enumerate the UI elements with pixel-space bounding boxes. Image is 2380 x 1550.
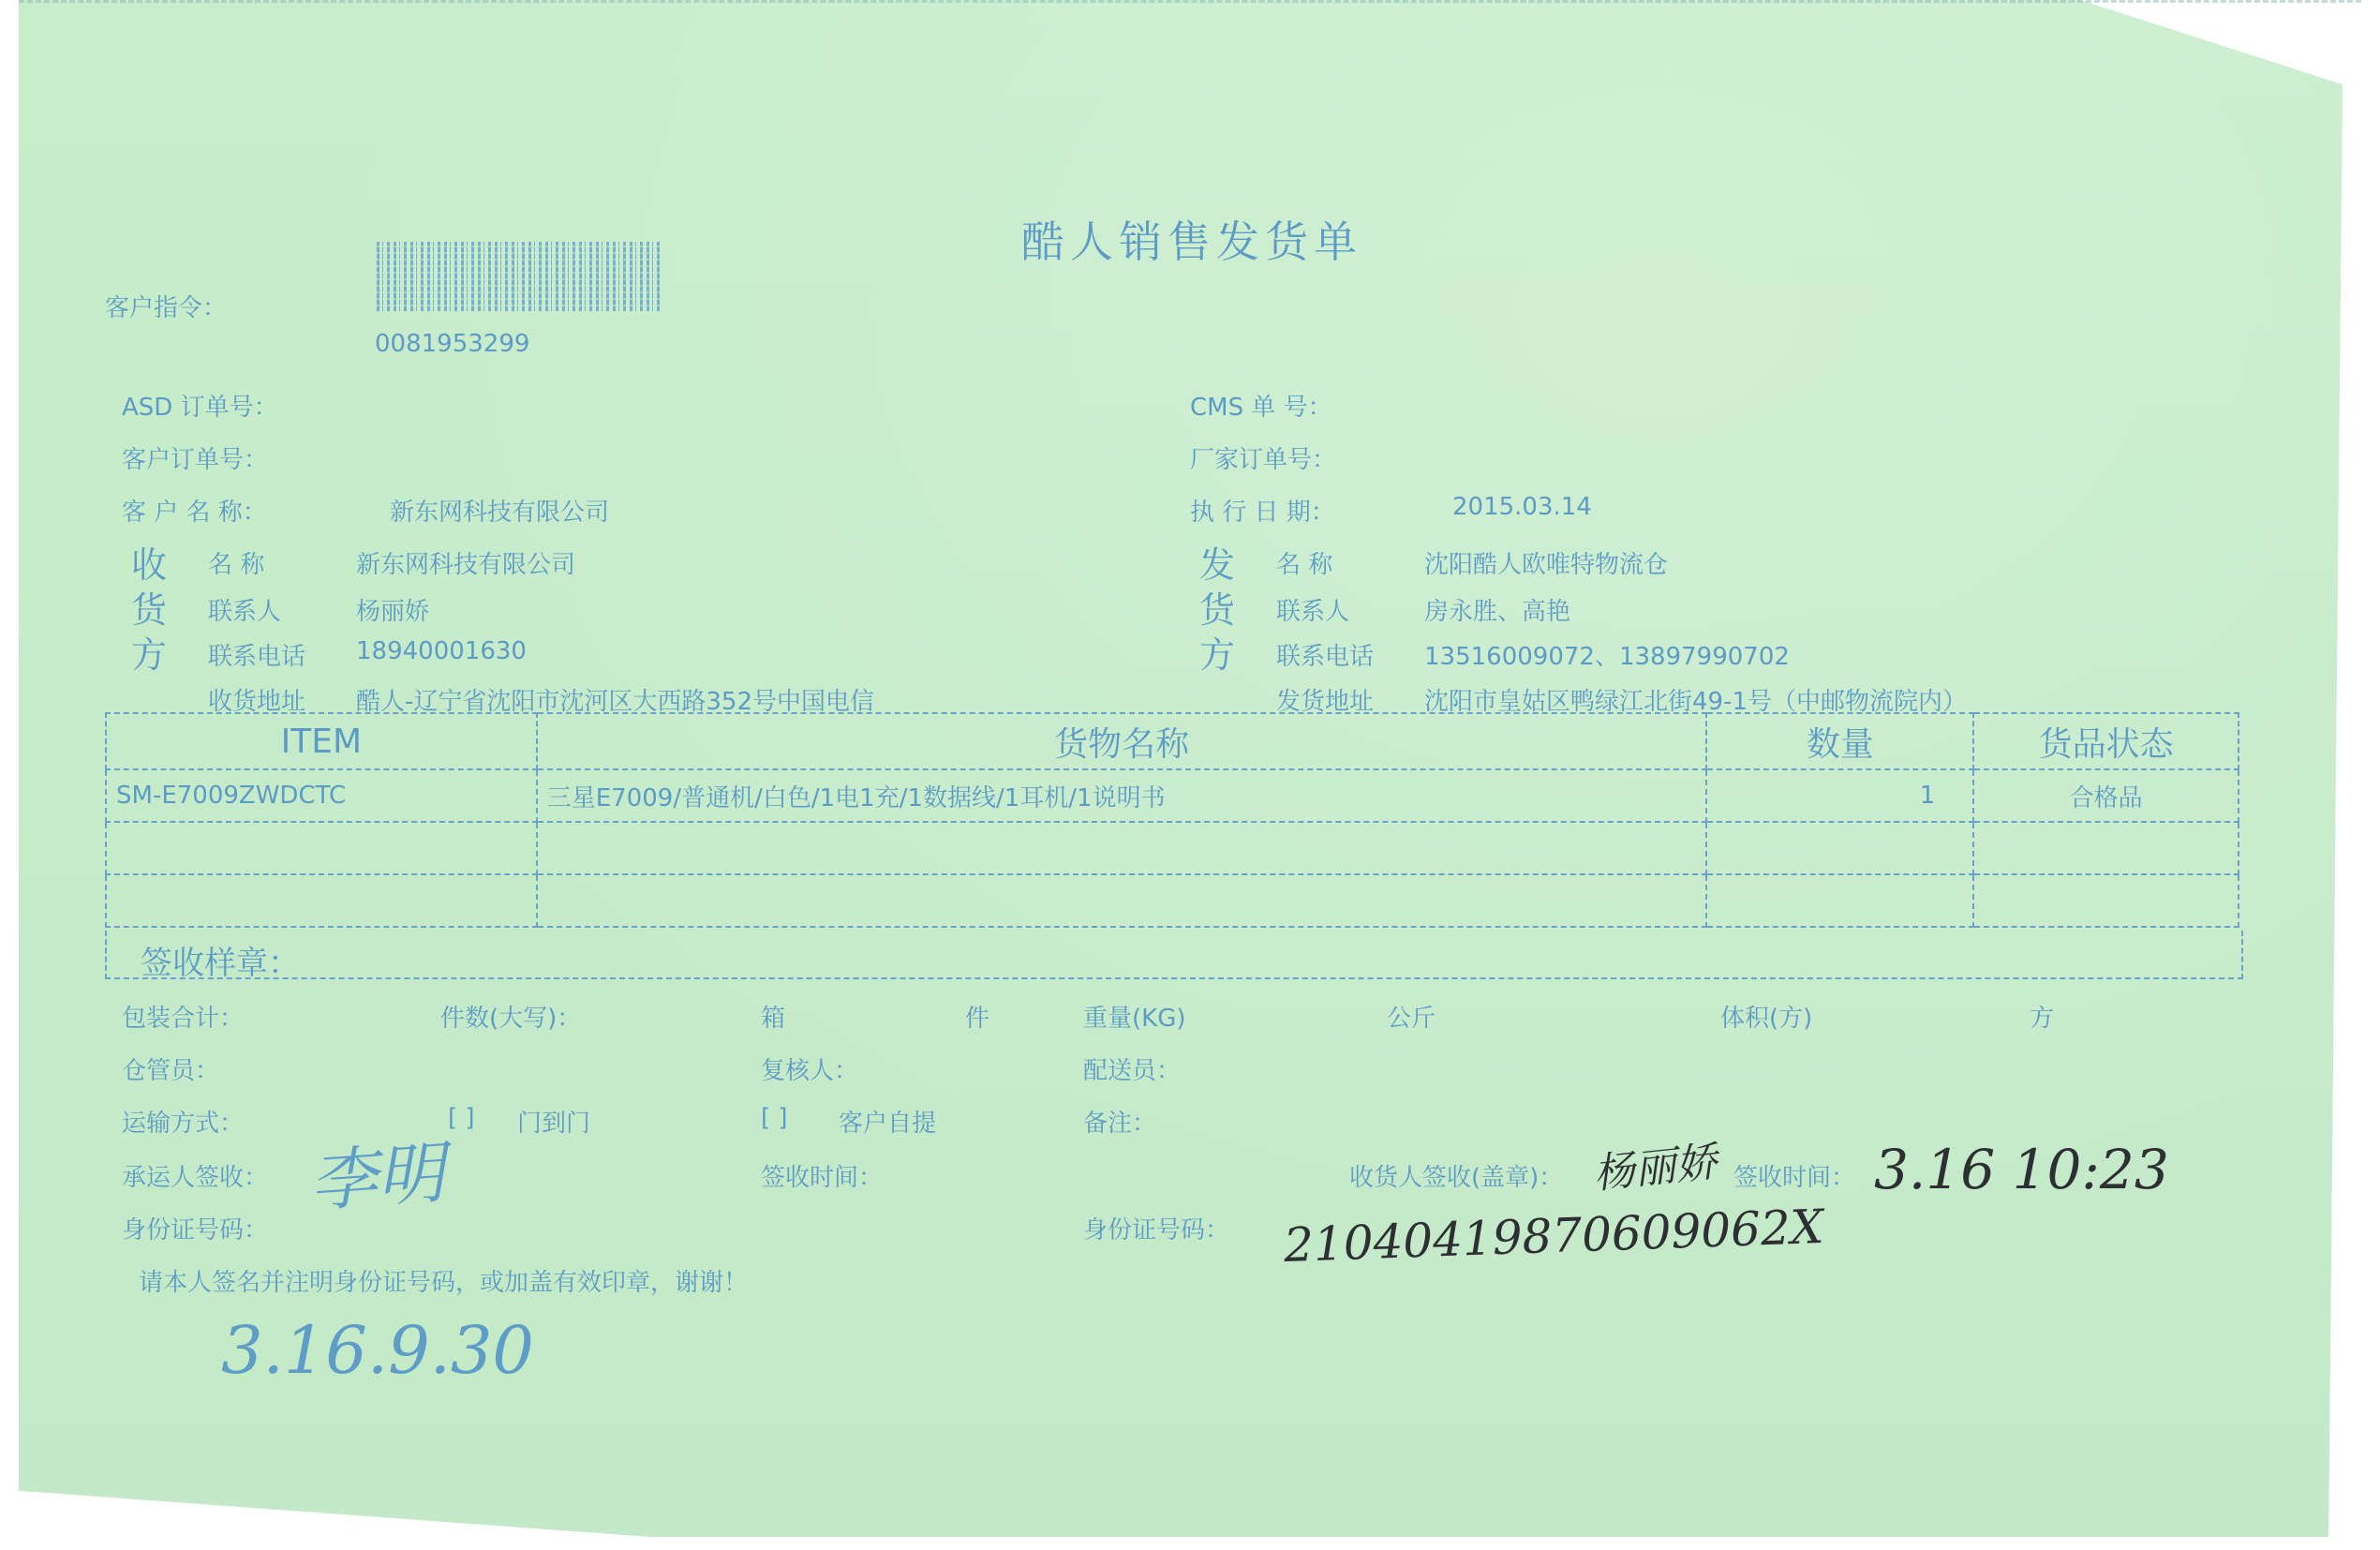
shipper-side-char-3: 方 [1199,626,1235,678]
remarks-label: 备注： [1083,1104,1156,1139]
weight-label: 重量(KG) [1083,999,1186,1034]
warehouse-keeper-label: 仓管员： [122,1051,219,1086]
pieces-capital-label: 件数(大写)： [440,999,581,1034]
box-unit: 箱 [761,999,785,1034]
sign-stamp-row [105,931,2243,979]
sign-time-label: 签收时间： [761,1158,883,1193]
table-row: SM-E7009ZWDCTC 三星E7009/普通机/白色/1电1充/1数据线/… [106,769,2239,822]
shipper-phone: 13516009072、13897990702 [1424,637,1790,672]
header-quantity: 数量 [1706,713,1973,769]
page-title: 酷人销售发货单 [1021,208,1362,270]
table-row [106,874,2239,927]
factory-order-label: 厂家订单号： [1190,440,1336,475]
shipper-side-char-2: 货 [1199,581,1235,633]
shipper-phone-label: 联系电话 [1276,637,1374,672]
id-number-label-right: 身份证号码： [1083,1211,1229,1245]
cell-status: 合格品 [1973,769,2239,822]
receiver-contact: 杨丽娇 [356,592,429,627]
kg-unit: 公斤 [1387,999,1435,1034]
receiver-sign-label: 收货人签收(盖章)： [1349,1158,1563,1193]
self-pickup-label: 客户自提 [839,1104,936,1139]
table-header-row: ITEM 货物名称 数量 货品状态 [106,713,2239,769]
handwritten-blue-note: 3.16.9.30 [221,1312,534,1389]
cell-item-code [106,822,537,874]
cell-goods-name [537,822,1707,874]
sign-stamp-label: 签收样章： [141,937,300,983]
cell-quantity [1706,822,1973,874]
asd-order-label: ASD 订单号： [122,388,278,423]
reviewer-label: 复核人： [761,1051,858,1086]
signature-notice: 请本人签名并注明身份证号码，或加盖有效印章，谢谢！ [139,1263,748,1298]
self-pickup-checkbox[interactable]: [ ] [761,1104,788,1132]
customer-name-label: 客 户 名 称： [122,493,267,528]
receiver-side-char-1: 收 [131,536,167,588]
cell-status [1973,874,2239,927]
cell-status [1973,822,2239,874]
volume-label: 体积(方) [1720,999,1812,1034]
receiver-phone-label: 联系电话 [208,637,305,672]
shipper-name-label: 名 称 [1276,545,1332,580]
package-total-label: 包装合计： [122,999,244,1034]
cell-quantity [1706,874,1973,927]
barcode-icon [377,242,660,311]
piece-unit: 件 [965,999,989,1034]
deliverer-label: 配送员： [1083,1051,1181,1086]
table-row [106,822,2239,874]
receiver-name-label: 名 称 [208,545,264,580]
receiver-sign-time: 3.16 10:23 [1874,1138,2169,1201]
receiver-phone: 18940001630 [356,637,527,665]
shipper-side-char-1: 发 [1199,536,1235,588]
customer-instruction-label: 客户指令： [105,289,227,323]
cell-item-code: SM-E7009ZWDCTC [106,769,537,822]
receiver-name: 新东网科技有限公司 [356,545,575,580]
door-to-door-checkbox[interactable]: [ ] [448,1104,475,1132]
cell-goods-name [537,874,1707,927]
transport-mode-label: 运输方式： [122,1104,244,1139]
cell-goods-name: 三星E7009/普通机/白色/1电1充/1数据线/1耳机/1说明书 [537,769,1707,822]
carrier-sign-label: 承运人签收： [122,1158,268,1193]
header-item: ITEM [106,713,537,769]
perforation-edge [19,0,2361,8]
shipper-contact-label: 联系人 [1276,592,1349,627]
cms-no-label: CMS 单 号： [1190,388,1332,423]
id-number-label-left: 身份证号码： [122,1211,268,1245]
receiver-sign-time-label: 签收时间： [1733,1158,1855,1193]
header-goods-status: 货品状态 [1973,713,2239,769]
door-to-door-label: 门到门 [517,1104,590,1139]
carrier-signature: 李明 [306,1118,448,1225]
exec-date-value: 2015.03.14 [1452,493,1592,521]
cell-quantity: 1 [1706,769,1973,822]
cell-item-code [106,874,537,927]
receiver-side-char-3: 方 [131,626,167,678]
shipper-contact: 房永胜、高艳 [1424,592,1570,627]
customer-order-label: 客户订单号： [122,440,268,475]
receiver-signature: 杨丽娇 [1590,1127,1719,1200]
customer-name-value: 新东网科技有限公司 [390,493,609,528]
cubic-unit: 方 [2030,999,2054,1034]
receiver-contact-label: 联系人 [208,592,281,627]
receiver-side-char-2: 货 [131,581,167,633]
items-table: ITEM 货物名称 数量 货品状态 SM-E7009ZWDCTC 三星E7009… [105,712,2239,928]
exec-date-label: 执 行 日 期： [1190,493,1335,528]
shipper-name: 沈阳酷人欧唯特物流仓 [1424,545,1668,580]
header-goods-name: 货物名称 [537,713,1707,769]
barcode-number: 0081953299 [375,330,529,358]
